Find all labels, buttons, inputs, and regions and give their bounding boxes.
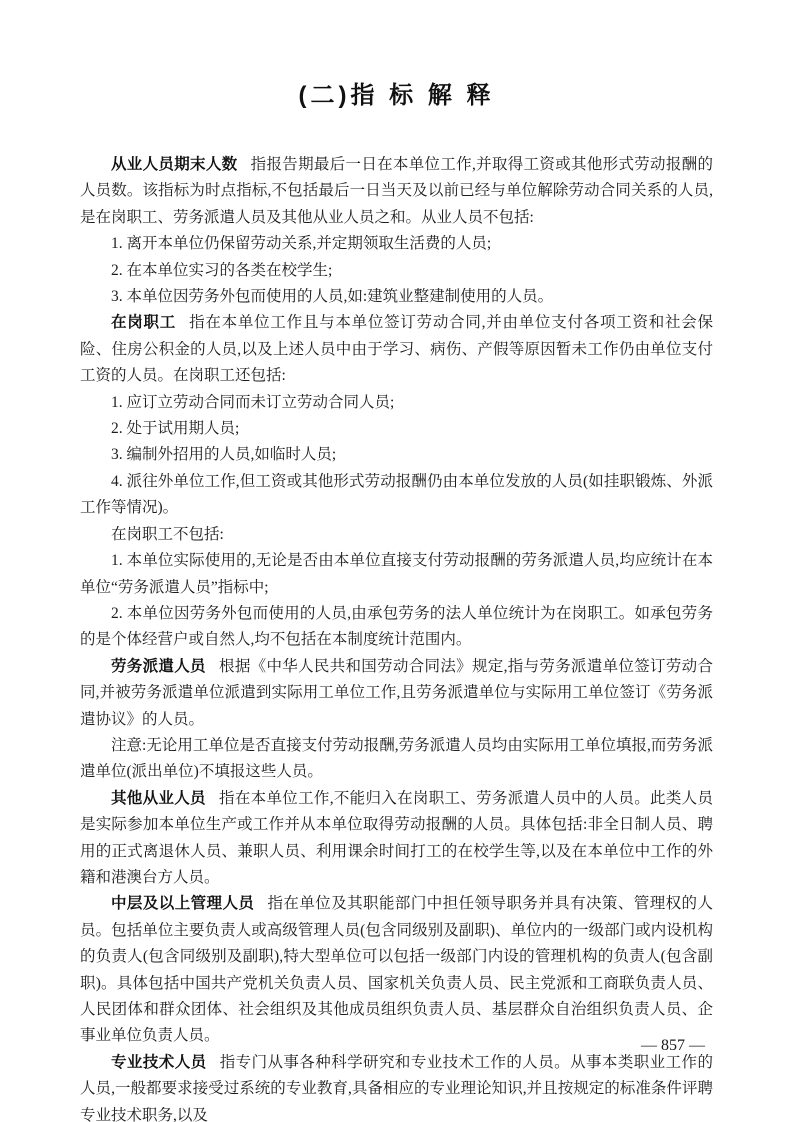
term-label: 其他从业人员 <box>111 790 206 807</box>
paragraph-text: 注意:无论用工单位是否直接支付劳动报酬,劳务派遣人员均由实际用工单位填报,而劳务… <box>80 737 713 780</box>
list-item: 3. 本单位因劳务外包而使用的人员,如:建筑业整建制使用的人员。 <box>80 284 713 310</box>
definition-paragraph-professional-technical: 专业技术人员指专门从事各种科学研究和专业技术工作的人员。从事本类职业工作的人员,… <box>80 1050 713 1122</box>
paragraph-text: 指在单位及其职能部门中担任领导职务并具有决策、管理权的人员。包括单位主要负责人或… <box>80 895 713 1044</box>
term-label: 专业技术人员 <box>111 1054 207 1071</box>
paragraph-text: 2. 本单位因劳务外包而使用的人员,由承包劳务的法人单位统计为在岗职工。如承包劳… <box>80 605 713 648</box>
paragraph-text: 1. 应订立劳动合同而未订立劳动合同人员; <box>111 394 394 411</box>
definition-paragraph-on-post-staff: 在岗职工指在本单位工作且与本单位签订劳动合同,并由单位支付各项工资和社会保险、住… <box>80 310 713 389</box>
paragraph-text: 1. 本单位实际使用的,无论是否由本单位直接支付劳动报酬的劳务派遣人员,均应统计… <box>80 552 713 595</box>
list-item: 1. 本单位实际使用的,无论是否由本单位直接支付劳动报酬的劳务派遣人员,均应统计… <box>80 548 713 601</box>
term-label: 中层及以上管理人员 <box>111 895 254 912</box>
list-item: 2. 本单位因劳务外包而使用的人员,由承包劳务的法人单位统计为在岗职工。如承包劳… <box>80 601 713 654</box>
list-item: 2. 在本单位实习的各类在校学生; <box>80 258 713 284</box>
paragraph-text: 3. 编制外招用的人员,如临时人员; <box>111 446 336 463</box>
paragraph-text: 2. 在本单位实习的各类在校学生; <box>111 262 332 279</box>
paragraph-text: 在岗职工不包括: <box>111 526 224 543</box>
definition-paragraph-employees-end-of-period: 从业人员期末人数指报告期最后一日在本单位工作,并取得工资或其他形式劳动报酬的人员… <box>80 152 713 231</box>
page-number: — 857 — <box>641 1034 705 1058</box>
definition-paragraph-other-employees: 其他从业人员指在本单位工作,不能归入在岗职工、劳务派遣人员中的人员。此类人员是实… <box>80 786 713 892</box>
definition-paragraph-dispatched-workers: 劳务派遣人员根据《中华人民共和国劳动合同法》规定,指与劳务派遣单位签订劳动合同,… <box>80 654 713 733</box>
paragraph-note: 注意:无论用工单位是否直接支付劳动报酬,劳务派遣人员均由实际用工单位填报,而劳务… <box>80 733 713 786</box>
paragraph-exclusion-heading: 在岗职工不包括: <box>80 522 713 548</box>
list-item: 4. 派往外单位工作,但工资或其他形式劳动报酬仍由本单位发放的人员(如挂职锻炼、… <box>80 469 713 522</box>
list-item: 1. 离开本单位仍保留劳动关系,并定期领取生活费的人员; <box>80 231 713 257</box>
document-page: (二)指 标 解 释 从业人员期末人数指报告期最后一日在本单位工作,并取得工资或… <box>0 0 793 1122</box>
document-content: (二)指 标 解 释 从业人员期末人数指报告期最后一日在本单位工作,并取得工资或… <box>80 0 713 1122</box>
paragraph-text: 1. 离开本单位仍保留劳动关系,并定期领取生活费的人员; <box>111 235 491 252</box>
term-label: 在岗职工 <box>111 314 176 331</box>
term-label: 劳务派遣人员 <box>111 658 206 675</box>
paragraph-text: 4. 派往外单位工作,但工资或其他形式劳动报酬仍由本单位发放的人员(如挂职锻炼、… <box>80 473 713 516</box>
list-item: 2. 处于试用期人员; <box>80 416 713 442</box>
list-item: 3. 编制外招用的人员,如临时人员; <box>80 442 713 468</box>
definition-paragraph-middle-management: 中层及以上管理人员指在单位及其职能部门中担任领导职务并具有决策、管理权的人员。包… <box>80 891 713 1049</box>
page-title: (二)指 标 解 释 <box>80 0 713 112</box>
paragraph-text: 3. 本单位因劳务外包而使用的人员,如:建筑业整建制使用的人员。 <box>111 288 553 305</box>
term-label: 从业人员期末人数 <box>111 156 237 173</box>
list-item: 1. 应订立劳动合同而未订立劳动合同人员; <box>80 390 713 416</box>
paragraph-text: 2. 处于试用期人员; <box>111 420 239 437</box>
